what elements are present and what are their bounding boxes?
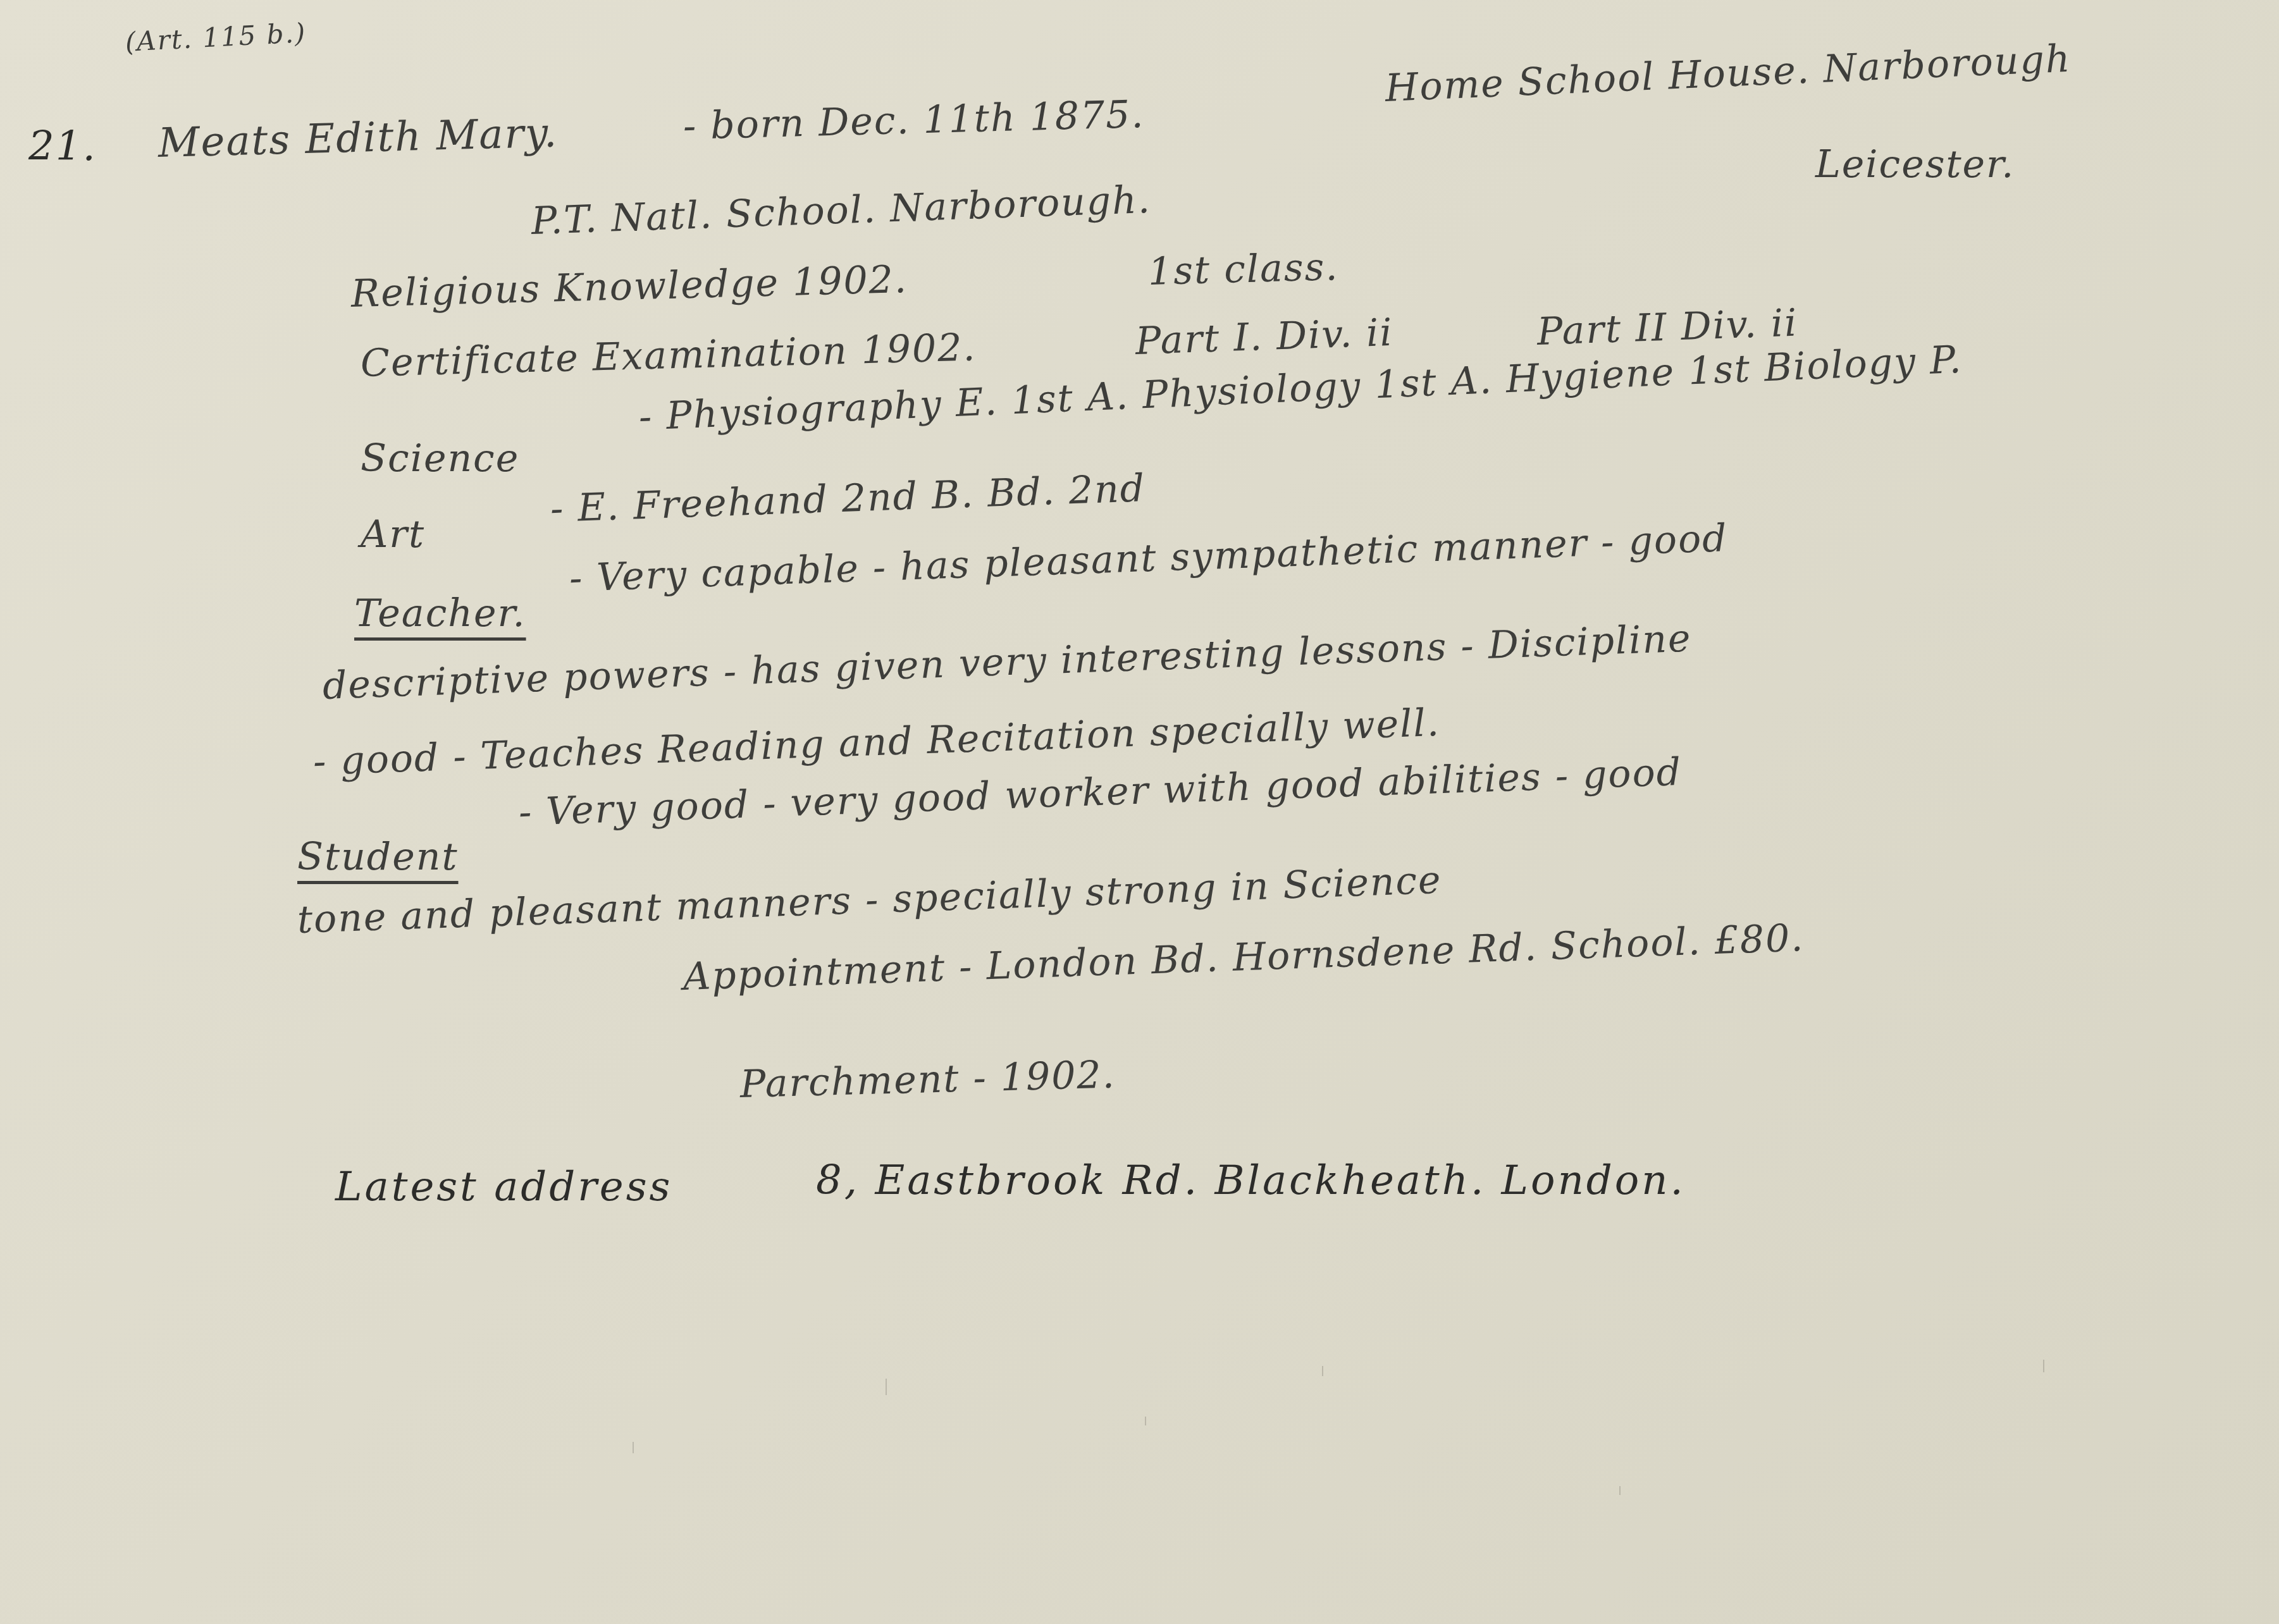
- religious-knowledge-result: 1st class.: [1147, 245, 1339, 294]
- certificate-exam-label: Certificate Examination 1902.: [360, 326, 977, 386]
- student-label: Student: [297, 835, 459, 879]
- teacher-line2: descriptive powers - has given very inte…: [322, 616, 1693, 708]
- art-label: Art: [361, 512, 425, 557]
- certificate-part1: Part I. Div. ii: [1135, 311, 1394, 364]
- teacher-line1: - Very capable - has pleasant sympatheti…: [569, 516, 1729, 601]
- appointment: Appointment - London Bd. Hornsdene Rd. S…: [682, 916, 1805, 999]
- teacher-label: Teacher.: [354, 591, 526, 636]
- home-address-line1: Home School House. Narborough: [1384, 37, 2072, 111]
- reference-note: (Art. 115 b.): [125, 17, 307, 58]
- science-label: Science: [361, 436, 519, 481]
- register-page: (Art. 115 b.) 21. Meats Edith Mary. - bo…: [0, 0, 2279, 1624]
- home-address-line2: Leicester.: [1815, 142, 2015, 187]
- art-detail: - E. Freehand 2nd B. Bd. 2nd: [550, 466, 1146, 531]
- entry-number: 21.: [28, 123, 97, 170]
- birth-date: - born Dec. 11th 1875.: [682, 92, 1145, 149]
- previous-school: P.T. Natl. School. Narborough.: [531, 178, 1152, 243]
- latest-address-value: 8, Eastbrook Rd. Blackheath. London.: [816, 1157, 1686, 1204]
- student-line2: tone and pleasant manners - specially st…: [297, 858, 1443, 942]
- student-name: Meats Edith Mary.: [157, 109, 559, 167]
- religious-knowledge-label: Religious Knowledge 1902.: [350, 257, 908, 316]
- latest-address-label: Latest address: [335, 1164, 672, 1210]
- parchment: Parchment - 1902.: [739, 1052, 1116, 1107]
